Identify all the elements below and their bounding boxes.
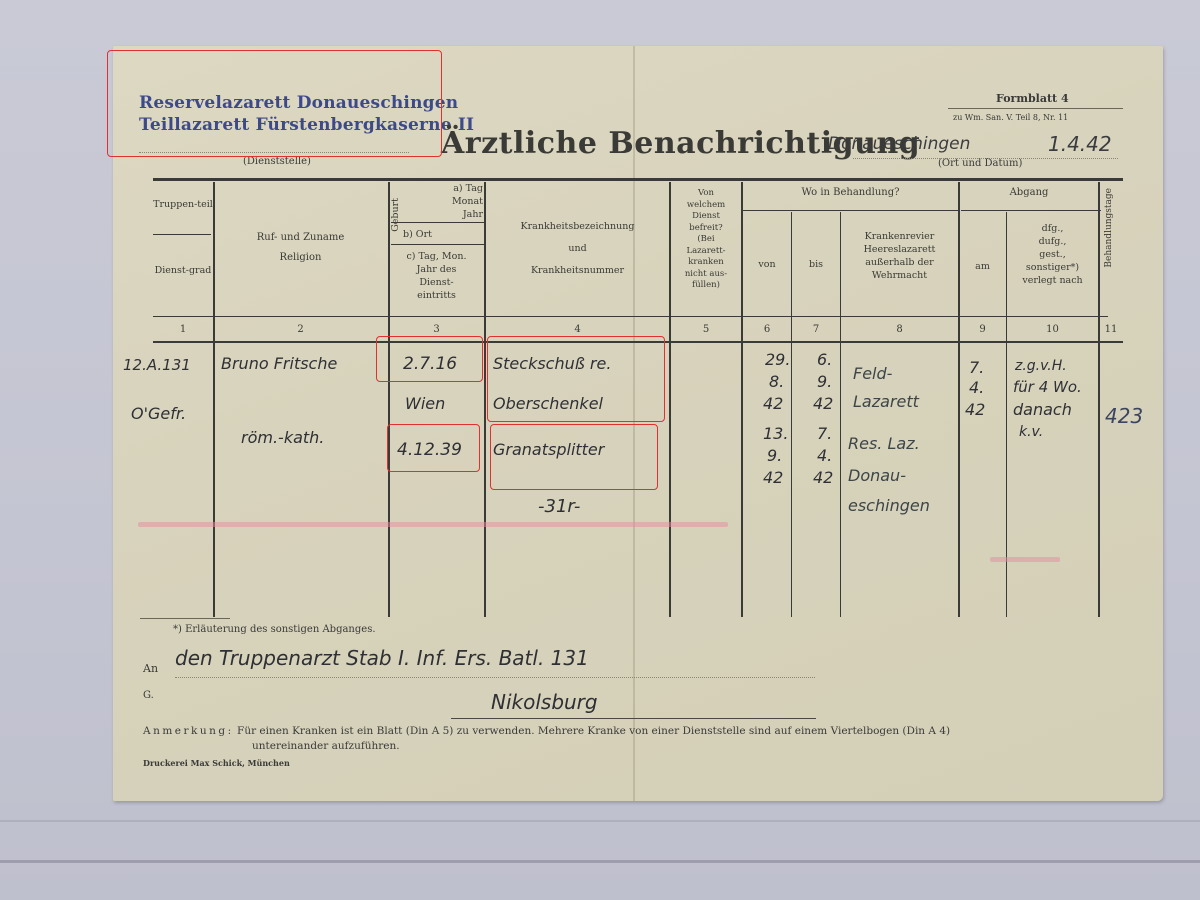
c1-split-line xyxy=(153,234,211,235)
addressee-underline xyxy=(451,718,816,719)
header-dienst-befreit: Von welchem Dienst befreit? (Bei Lazaret… xyxy=(671,188,741,292)
footnote: *) Erläuterung des sonstigen Abganges. xyxy=(173,624,376,635)
entry-ort-2: Donau- xyxy=(848,466,906,485)
entry-ort-2: Res. Laz. xyxy=(848,434,920,453)
anmerkung-text-2: untereinander aufzuführen. xyxy=(143,739,1143,754)
entry-name: Bruno Fritsche xyxy=(221,354,337,373)
header-krankenrevier: Krankenrevier Heereslazarett außerhalb d… xyxy=(841,230,958,282)
header-name-religion: Ruf- und Zuname Religion xyxy=(213,228,388,268)
entry-geburt-ort: Wien xyxy=(405,394,445,413)
entry-von-month: 9. xyxy=(767,446,782,465)
header-am: am xyxy=(959,260,1006,273)
col-divider xyxy=(1098,182,1100,617)
header-geburt-date: a) Tag Monat Jahr xyxy=(411,182,483,221)
header-von: von xyxy=(743,258,791,271)
header-dienstgrad: Dienst-grad xyxy=(153,264,213,277)
entry-von-year: 42 xyxy=(763,394,783,413)
entry-von-day: 13. xyxy=(763,424,788,443)
entry-bis-month: 4. xyxy=(817,446,832,465)
anmerkung-text: Für einen Kranken ist ein Blatt (Din A 5… xyxy=(237,725,950,737)
col-divider xyxy=(958,182,960,617)
column-number: 9 xyxy=(959,324,1006,335)
header-bis: bis xyxy=(792,258,840,271)
table-top-border xyxy=(153,178,1123,181)
entry-ort-2: eschingen xyxy=(848,496,930,515)
entry-bis-year: 42 xyxy=(813,468,833,487)
formblatt-number: Formblatt 4 xyxy=(996,92,1069,105)
header-geburt-ort: b) Ort xyxy=(403,228,483,241)
column-number: 10 xyxy=(1007,324,1098,335)
entry-bis-year: 42 xyxy=(813,394,833,413)
entry-ort-1: Feld- xyxy=(853,364,892,383)
pink-marker-line xyxy=(990,557,1060,562)
addressee-line-2: Nikolsburg xyxy=(491,690,598,714)
entry-behandlungstage: 423 xyxy=(1105,404,1143,428)
entry-krankheitsnummer: -31r- xyxy=(538,496,580,517)
highlight-stamp xyxy=(107,50,442,157)
addressee-dotted-line xyxy=(175,677,815,678)
col-divider xyxy=(388,182,390,617)
entry-von-year: 42 xyxy=(763,468,783,487)
wo-group-line xyxy=(743,210,958,211)
col-divider xyxy=(791,212,792,617)
header-verlegt-nach: dfg., dufg., gest., sonstiger*) verlegt … xyxy=(1007,222,1098,287)
header-truppenteil: Truppen-teil xyxy=(153,198,213,211)
entry-bis-month: 9. xyxy=(817,372,832,391)
highlight-granatsplitter xyxy=(490,424,658,490)
entry-abgang-day: 7. xyxy=(969,358,984,377)
header-geburt: Geburt xyxy=(389,198,403,232)
header-behandlungstage: Behandlungstage xyxy=(1103,188,1117,268)
dienststelle-label: (Dienststelle) xyxy=(243,156,311,167)
column-number: 3 xyxy=(389,324,484,335)
entry-von-day: 29. xyxy=(765,350,790,369)
desk-edge xyxy=(0,820,1200,822)
desk-edge xyxy=(0,860,1200,863)
entry-dienstgrad: O'Gefr. xyxy=(131,404,186,423)
header-diensteintritt: c) Tag, Mon. Jahr des Dienst- eintritts xyxy=(389,250,484,302)
place-handwritten: Donaueschingen xyxy=(828,134,970,154)
column-number: 7 xyxy=(792,324,840,335)
c3-split-line xyxy=(391,222,486,223)
entry-abgang-year: 42 xyxy=(965,400,985,419)
printer-imprint: Druckerei Max Schick, München xyxy=(143,758,290,768)
formblatt-reference: zu Wm. San. V. Teil 8, Nr. 11 xyxy=(953,113,1068,122)
entry-von-month: 8. xyxy=(769,372,784,391)
column-number: 11 xyxy=(1099,324,1123,335)
entry-verlegt: für 4 Wo. xyxy=(1013,378,1082,396)
entry-abgang-month: 4. xyxy=(969,378,984,397)
header-bottom-line xyxy=(153,316,1108,317)
ort-datum-label: (Ort und Datum) xyxy=(938,158,1022,169)
header-wo-behandlung: Wo in Behandlung? xyxy=(743,186,958,199)
column-number: 1 xyxy=(153,324,213,335)
column-number: 6 xyxy=(743,324,791,335)
header-krankheit: Krankheitsbezeichnung und Krankheitsnumm… xyxy=(486,216,669,282)
addressee-line-1: den Truppenarzt Stab I. Inf. Ers. Batl. … xyxy=(175,646,589,670)
anmerkung-note: Anmerkung: Für einen Kranken ist ein Bla… xyxy=(143,724,1143,754)
entry-bis-day: 6. xyxy=(817,350,832,369)
column-number: 5 xyxy=(671,324,741,335)
c3-split-line xyxy=(391,244,486,245)
column-number: 4 xyxy=(486,324,669,335)
entry-truppenteil: 12.A.131 xyxy=(123,356,191,374)
form-table: Truppen-teil Dienst-grad Ruf- und Zuname… xyxy=(153,178,1123,618)
entry-bis-day: 7. xyxy=(817,424,832,443)
entry-religion: röm.-kath. xyxy=(241,428,324,447)
abgang-group-line xyxy=(961,210,1101,211)
entry-verlegt: k.v. xyxy=(1019,424,1043,440)
highlight-krankheit xyxy=(487,336,665,422)
addressee-label: An xyxy=(143,662,158,675)
pink-marker-line xyxy=(138,522,728,527)
col-divider xyxy=(741,182,743,617)
entry-verlegt: danach xyxy=(1013,400,1072,419)
date-handwritten: 1.4.42 xyxy=(1048,132,1112,156)
entry-ort-1: Lazarett xyxy=(853,392,919,411)
header-abgang: Abgang xyxy=(959,186,1099,199)
formblatt-divider xyxy=(948,108,1123,109)
column-number: 2 xyxy=(213,324,388,335)
highlight-geburt-datum xyxy=(376,336,483,382)
medical-notification-form: Reservelazarett Donaueschingen Teillazar… xyxy=(113,46,1163,801)
entry-verlegt: z.g.v.H. xyxy=(1015,358,1067,374)
anmerkung-label: Anmerkung: xyxy=(143,725,234,737)
highlight-diensteintritt xyxy=(387,424,480,472)
column-number: 8 xyxy=(841,324,958,335)
footnote-divider xyxy=(140,618,230,619)
zeichen-mark: G. xyxy=(143,690,154,701)
